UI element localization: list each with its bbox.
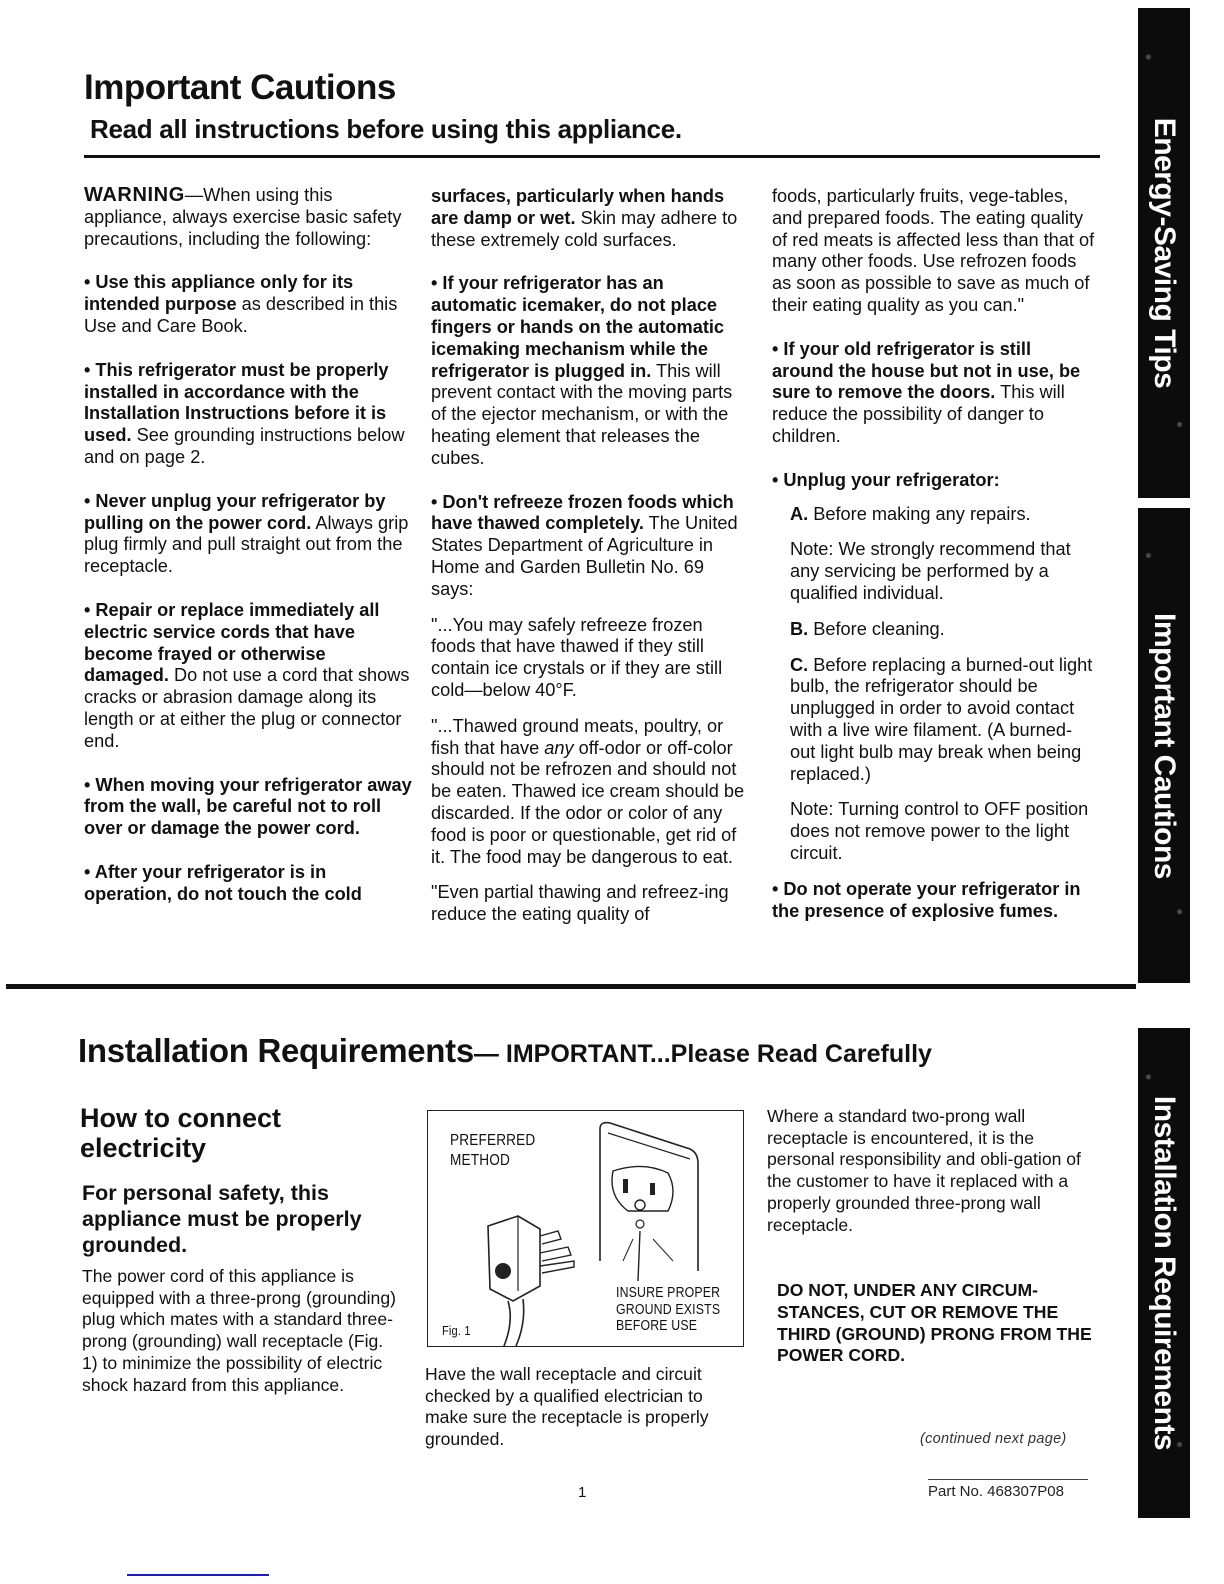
figure-number: Fig. 1 bbox=[442, 1321, 471, 1341]
caution-item: • When moving your refrigerator away fro… bbox=[84, 775, 414, 840]
do-not-remove-prong-warning: DO NOT, UNDER ANY CIRCUM-STANCES, CUT OR… bbox=[777, 1280, 1097, 1367]
page-title: Important Cautions bbox=[84, 68, 396, 108]
grounding-safety-heading: For personal safety, this appliance must… bbox=[82, 1180, 382, 1258]
caution-item: • If your old refrigerator is still arou… bbox=[772, 339, 1097, 448]
warning-paragraph: WARNING—When using this appliance, alway… bbox=[84, 185, 414, 250]
installation-heading: Installation Requirements— IMPORTANT...P… bbox=[78, 1032, 932, 1070]
page-subtitle: Read all instructions before using this … bbox=[90, 114, 682, 145]
side-tab-important-cautions[interactable]: Important Cautions bbox=[1138, 508, 1190, 983]
unplug-note: Note: Turning control to OFF position do… bbox=[772, 799, 1097, 864]
part-number: Part No. 468307P08 bbox=[928, 1483, 1064, 1500]
section-divider bbox=[6, 984, 1136, 989]
caution-item: • If your refrigerator has an automatic … bbox=[431, 273, 751, 469]
usda-quote-continued: foods, particularly fruits, vege-tables,… bbox=[772, 186, 1097, 317]
caution-item: • Unplug your refrigerator: bbox=[772, 470, 1097, 492]
usda-quote: "...Thawed ground meats, poultry, or fis… bbox=[431, 716, 751, 869]
warning-label: WARNING bbox=[84, 184, 185, 206]
unplug-step: C. Before replacing a burned-out light b… bbox=[772, 655, 1097, 786]
two-prong-paragraph: Where a standard two-prong wall receptac… bbox=[767, 1106, 1092, 1236]
receptacle-check-paragraph: Have the wall receptacle and circuit che… bbox=[425, 1364, 745, 1451]
caution-item: • Repair or replace immediately all elec… bbox=[84, 600, 414, 753]
caution-item: • Use this appliance only for its intend… bbox=[84, 272, 414, 337]
side-tab-energy-saving-tips[interactable]: Energy-Saving Tips bbox=[1138, 8, 1190, 498]
unplug-step: B. Before cleaning. bbox=[772, 619, 1097, 641]
usda-quote: "...You may safely refreeze frozen foods… bbox=[431, 615, 751, 702]
usda-quote: "Even partial thawing and refreez-ing re… bbox=[431, 882, 751, 926]
cautions-column-3: foods, particularly fruits, vege-tables,… bbox=[772, 186, 1097, 944]
connect-electricity-heading: How to connect electricity bbox=[80, 1103, 380, 1163]
caution-item: • Never unplug your refrigerator by pull… bbox=[84, 491, 414, 578]
caution-item-continued: surfaces, particularly when hands are da… bbox=[431, 186, 751, 251]
caution-item: • After your refrigerator is in operatio… bbox=[84, 862, 414, 906]
caution-item: • Don't refreeze frozen foods which have… bbox=[431, 492, 751, 601]
unplug-step: A. Before making any repairs. bbox=[772, 504, 1097, 526]
continued-note: (continued next page) bbox=[920, 1431, 1067, 1447]
side-tab-installation-requirements[interactable]: Installation Requirements bbox=[1138, 1028, 1190, 1518]
cautions-column-2: surfaces, particularly when hands are da… bbox=[431, 186, 751, 926]
caution-item: • This refrigerator must be properly ins… bbox=[84, 360, 414, 469]
page-number: 1 bbox=[578, 1484, 586, 1501]
unplug-note: Note: We strongly recommend that any ser… bbox=[772, 539, 1097, 604]
figure-insure-ground-label: INSURE PROPER GROUND EXISTS BEFORE USE bbox=[616, 1285, 735, 1335]
blue-underline-mark bbox=[127, 1574, 269, 1576]
header-divider bbox=[84, 155, 1100, 158]
caution-item: • Do not operate your refrigerator in th… bbox=[772, 879, 1097, 923]
part-number-rule bbox=[928, 1479, 1088, 1480]
power-cord-paragraph: The power cord of this appliance is equi… bbox=[82, 1266, 402, 1396]
figure-grounded-plug: PREFERRED METHOD INSURE PROPER GROUND EX… bbox=[427, 1110, 744, 1347]
cautions-column-1: WARNING—When using this appliance, alway… bbox=[84, 185, 414, 906]
